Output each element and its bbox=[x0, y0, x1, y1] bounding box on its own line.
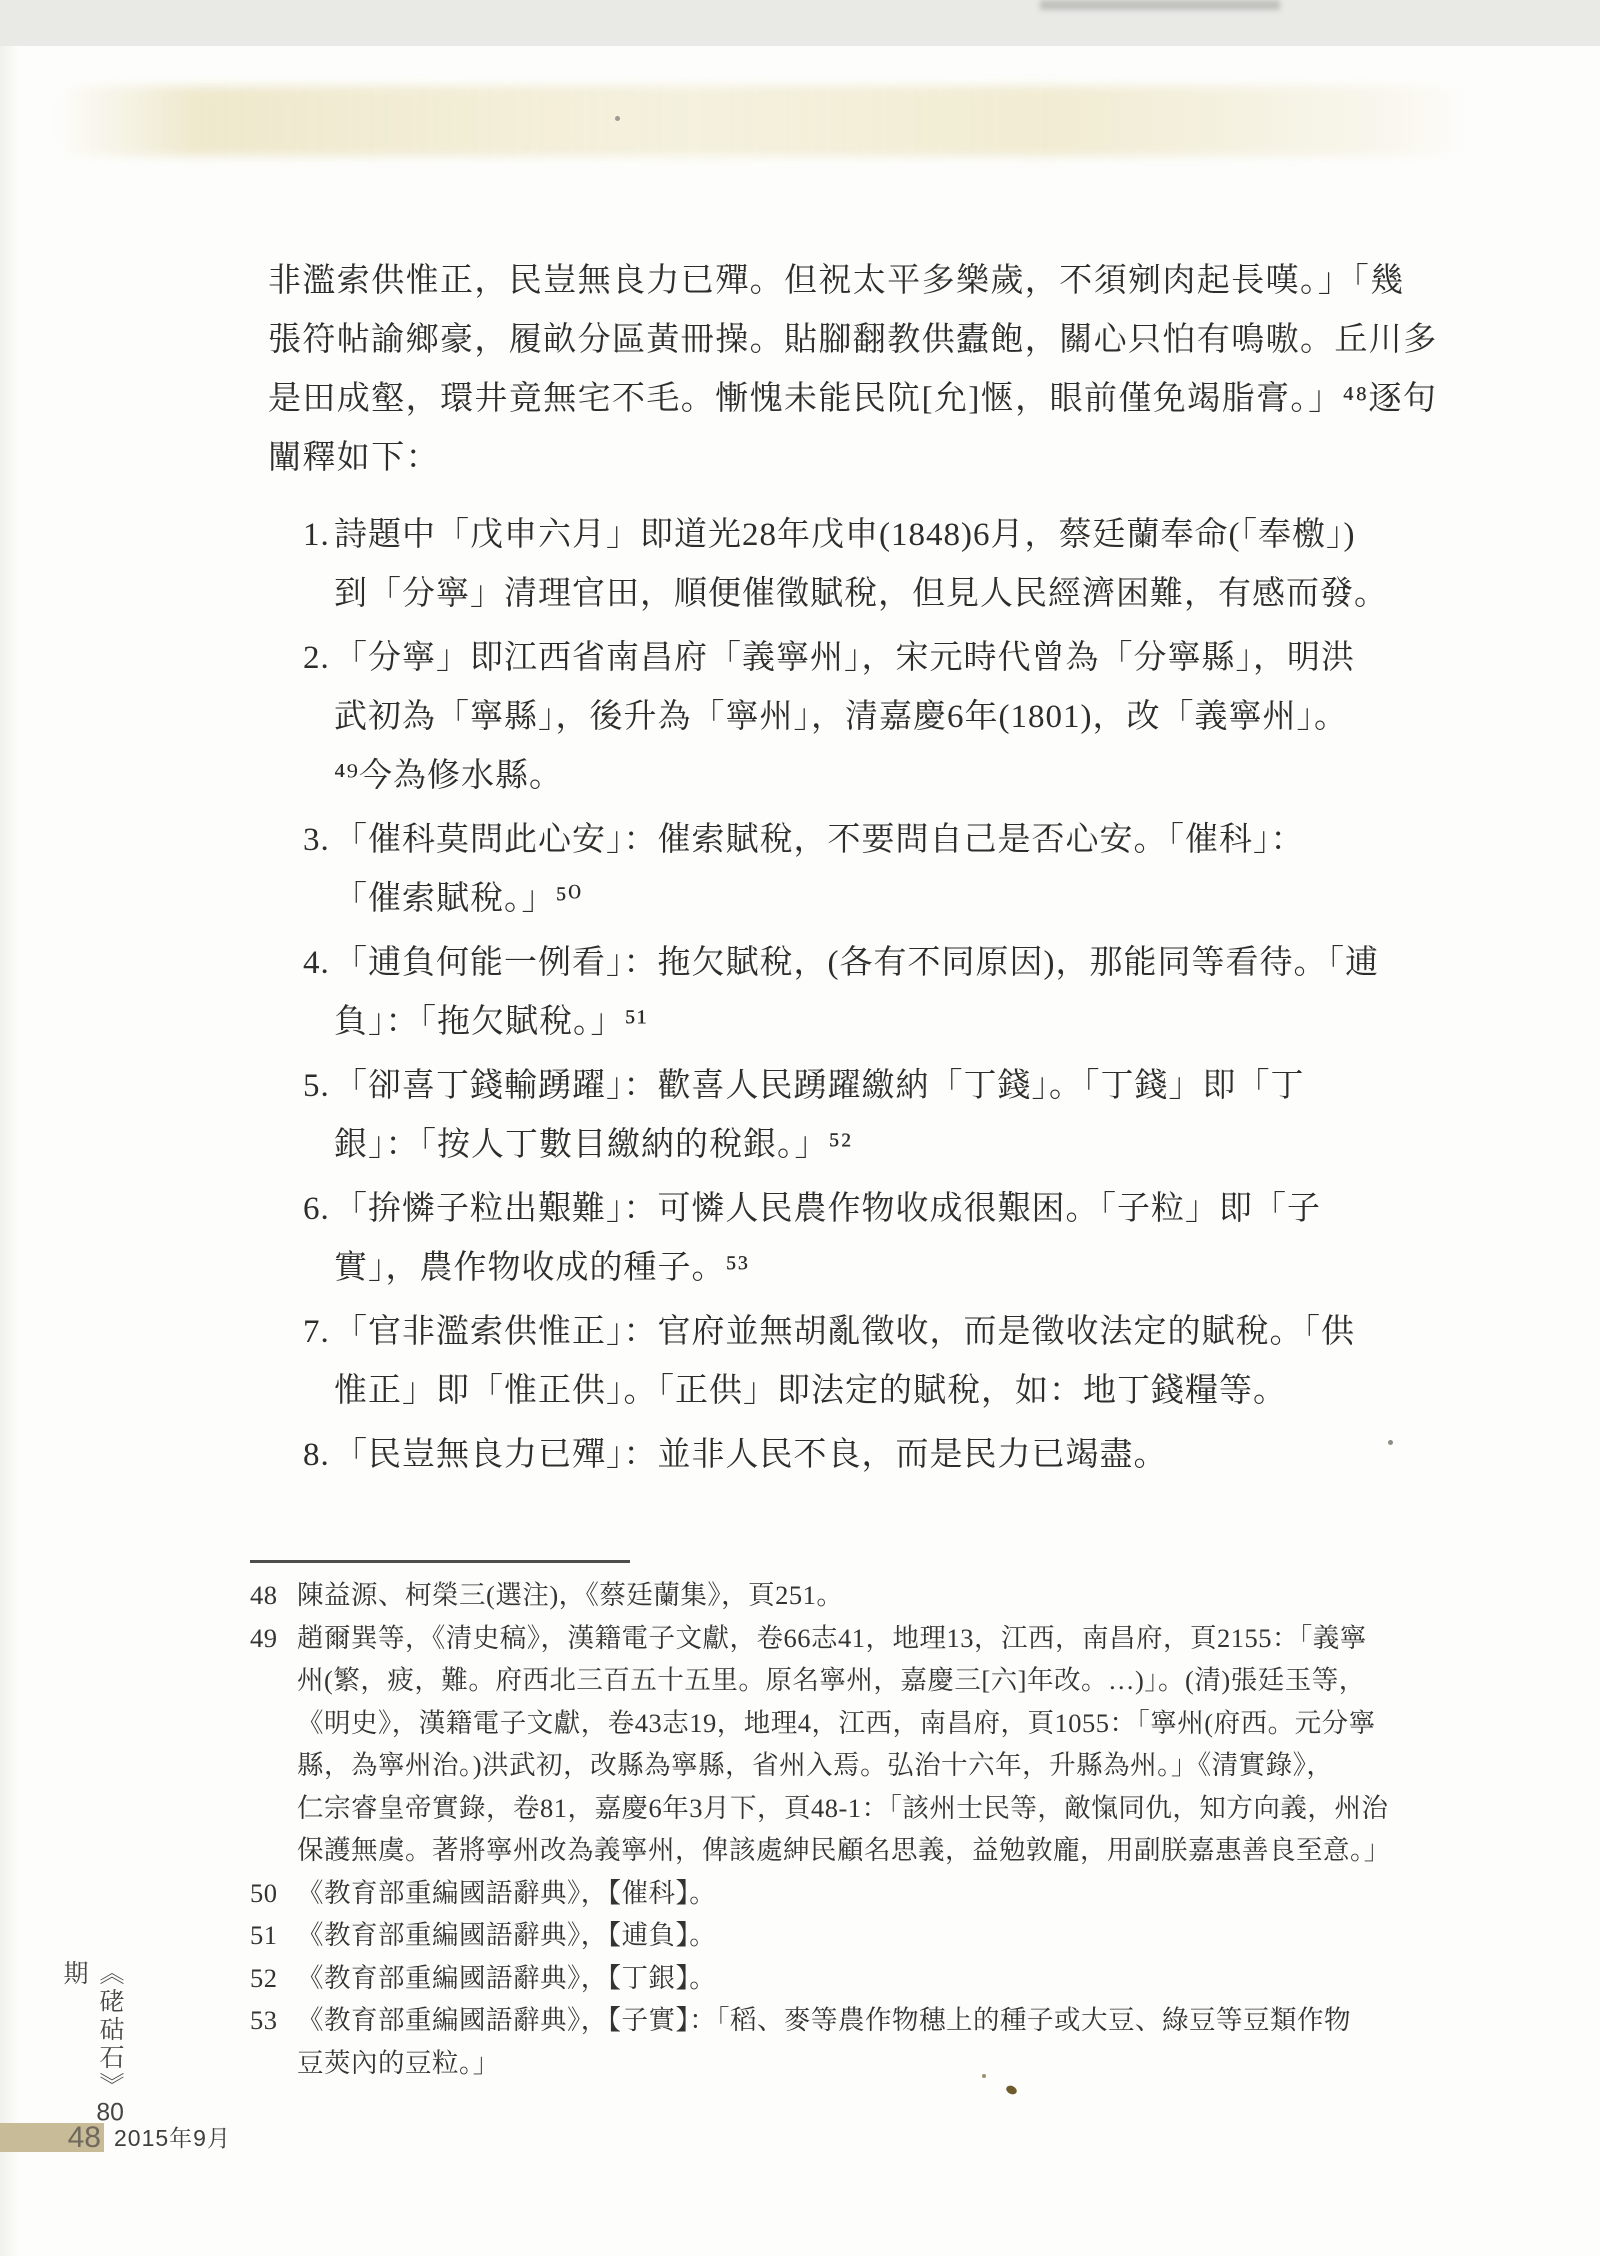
journal-name: 《硓𥑮石》 bbox=[96, 1960, 124, 2100]
footnote-text: 趙爾巽等，《清史稿》，漢籍電子文獻，卷66志41，地理13，江西，南昌府，頁21… bbox=[297, 1617, 1540, 1872]
footnote-number: 53 bbox=[250, 1999, 297, 2084]
explanation-item-number: 7. bbox=[303, 1303, 334, 1421]
footnote-text: 陳益源、柯榮三(選注)，《蔡廷蘭集》，頁251。 bbox=[297, 1574, 1540, 1617]
text-line: 陳益源、柯榮三(選注)，《蔡廷蘭集》，頁251。 bbox=[297, 1574, 1540, 1617]
scan-smudge-mark bbox=[1040, 0, 1280, 10]
explanation-item-number: 3. bbox=[303, 811, 334, 929]
explanation-item-text: 「民豈無良力已殫」：並非人民不良，而是民力已竭盡。 bbox=[334, 1426, 1533, 1485]
footnote-number: 51 bbox=[250, 1914, 297, 1957]
explanation-item-text: 「卻喜丁錢輸踴躍」：歡喜人民踴躍繳納「丁錢」。「丁錢」即「丁 銀」：「按人丁數目… bbox=[334, 1057, 1533, 1175]
footnote-text: 《教育部重編國語辭典》，【丁銀】。 bbox=[297, 1957, 1540, 2000]
page-number-bar: 48 bbox=[0, 2123, 104, 2152]
explanation-item: 8. 「民豈無良力已殫」：並非人民不良，而是民力已竭盡。 bbox=[303, 1426, 1533, 1485]
footnote-item: 52 《教育部重編國語辭典》，【丁銀】。 bbox=[250, 1957, 1540, 2000]
text-line: 縣，為寧州治。)洪武初，改縣為寧縣，省州入焉。弘治十六年，升縣為州。」《清實錄》… bbox=[297, 1744, 1540, 1787]
quote-paragraph: 非濫索供惟正，民豈無良力已殫。但祝太平多樂歲，不須剜肉起長嘆。」「幾 張符帖諭鄉… bbox=[268, 252, 1458, 488]
scan-edge-band bbox=[0, 0, 1600, 46]
text-line: 州(繁，疲，難。府西北三百五十五里。原名寧州，嘉慶三[六]年改。…)」。(清)張… bbox=[297, 1659, 1540, 1702]
issue-date: 2015年9月 bbox=[114, 2124, 231, 2153]
text-line: 趙爾巽等，《清史稿》，漢籍電子文獻，卷66志41，地理13，江西，南昌府，頁21… bbox=[297, 1617, 1540, 1660]
explanation-item: 1. 詩題中「戊申六月」即道光28年戊申(1848)6月，蔡廷蘭奉命(「奉檄」)… bbox=[303, 506, 1533, 624]
footnote-item: 50 《教育部重編國語辭典》，【催科】。 bbox=[250, 1872, 1540, 1915]
footnote-item: 49 趙爾巽等，《清史稿》，漢籍電子文獻，卷66志41，地理13，江西，南昌府，… bbox=[250, 1617, 1540, 1872]
footnote-number: 52 bbox=[250, 1957, 297, 2000]
explanation-item-number: 1. bbox=[303, 506, 334, 624]
text-line: 武初為「寧縣」，後升為「寧州」，清嘉慶6年(1801)，改「義寧州」。 bbox=[334, 688, 1533, 747]
scan-speck bbox=[615, 116, 620, 121]
text-line: 《教育部重編國語辭典》，【逋負】。 bbox=[297, 1914, 1540, 1957]
text-line: 銀」：「按人丁數目繳納的稅銀。」⁵² bbox=[334, 1116, 1533, 1175]
explanation-item-text: 「拚憐子粒出艱難」：可憐人民農作物收成很艱困。「子粒」即「子 實」，農作物收成的… bbox=[334, 1180, 1533, 1298]
footnote-text: 《教育部重編國語辭典》，【催科】。 bbox=[297, 1872, 1540, 1915]
text-line: 「逋負何能一例看」：拖欠賦稅，(各有不同原因)，那能同等看待。「逋 bbox=[334, 934, 1533, 993]
footnote-list: 48 陳益源、柯榮三(選注)，《蔡廷蘭集》，頁251。 49 趙爾巽等，《清史稿… bbox=[250, 1574, 1540, 2084]
text-line: 「催科莫問此心安」：催索賦稅，不要問自己是否心安。「催科」： bbox=[334, 811, 1533, 870]
text-line: 「拚憐子粒出艱難」：可憐人民農作物收成很艱困。「子粒」即「子 bbox=[334, 1180, 1533, 1239]
text-line: 豆莢內的豆粒。」 bbox=[297, 2042, 1540, 2085]
text-line: 《教育部重編國語辭典》，【催科】。 bbox=[297, 1872, 1540, 1915]
text-line: 《教育部重編國語辭典》，【子實】：「稻、麥等農作物穗上的種子或大豆、綠豆等豆類作… bbox=[297, 1999, 1540, 2042]
explanation-item-text: 「催科莫問此心安」：催索賦稅，不要問自己是否心安。「催科」： 「催索賦稅。」⁵⁰ bbox=[334, 811, 1533, 929]
text-line: 仁宗睿皇帝實錄，卷81，嘉慶6年3月下，頁48-1：「該州士民等，敵愾同仇，知方… bbox=[297, 1787, 1540, 1830]
text-line: 負」：「拖欠賦稅。」⁵¹ bbox=[334, 993, 1533, 1052]
text-line: 「催索賦稅。」⁵⁰ bbox=[334, 870, 1533, 929]
explanation-item-number: 5. bbox=[303, 1057, 334, 1175]
footnote-item: 48 陳益源、柯榮三(選注)，《蔡廷蘭集》，頁251。 bbox=[250, 1574, 1540, 1617]
footnote-divider bbox=[250, 1560, 630, 1563]
page-number: 48 bbox=[68, 2123, 104, 2152]
explanation-list: 1. 詩題中「戊申六月」即道光28年戊申(1848)6月，蔡廷蘭奉命(「奉檄」)… bbox=[303, 506, 1533, 1490]
quote-line: 張符帖諭鄉豪，履畝分區黃冊操。貼腳翻教供蠹飽，關心只怕有鳴嗷。丘川多 bbox=[268, 311, 1458, 370]
quote-line: 非濫索供惟正，民豈無良力已殫。但祝太平多樂歲，不須剜肉起長嘆。」「幾 bbox=[268, 252, 1458, 311]
footnote-number: 48 bbox=[250, 1574, 297, 1617]
text-line: 實」，農作物收成的種子。⁵³ bbox=[334, 1239, 1533, 1298]
explanation-item: 3. 「催科莫問此心安」：催索賦稅，不要問自己是否心安。「催科」： 「催索賦稅。… bbox=[303, 811, 1533, 929]
explanation-item-number: 8. bbox=[303, 1426, 334, 1485]
explanation-item-text: 詩題中「戊申六月」即道光28年戊申(1848)6月，蔡廷蘭奉命(「奉檄」) 到「… bbox=[334, 506, 1533, 624]
text-line: 「分寧」即江西省南昌府「義寧州」，宋元時代曾為「分寧縣」，明洪 bbox=[334, 629, 1533, 688]
footnote-number: 49 bbox=[250, 1617, 297, 1872]
footnote-number: 50 bbox=[250, 1872, 297, 1915]
explanation-item-text: 「官非濫索供惟正」：官府並無胡亂徵收，而是徵收法定的賦稅。「供 惟正」即「惟正供… bbox=[334, 1303, 1533, 1421]
explanation-item: 5. 「卻喜丁錢輸踴躍」：歡喜人民踴躍繳納「丁錢」。「丁錢」即「丁 銀」：「按人… bbox=[303, 1057, 1533, 1175]
explanation-item-text: 「逋負何能一例看」：拖欠賦稅，(各有不同原因)，那能同等看待。「逋 負」：「拖欠… bbox=[334, 934, 1533, 1052]
footnote-item: 53 《教育部重編國語辭典》，【子實】：「稻、麥等農作物穗上的種子或大豆、綠豆等… bbox=[250, 1999, 1540, 2084]
explanation-item: 7. 「官非濫索供惟正」：官府並無胡亂徵收，而是徵收法定的賦稅。「供 惟正」即「… bbox=[303, 1303, 1533, 1421]
footnote-text: 《教育部重編國語辭典》，【逋負】。 bbox=[297, 1914, 1540, 1957]
text-line: 到「分寧」清理官田，順便催徵賦稅，但見人民經濟困難，有感而發。 bbox=[334, 565, 1533, 624]
explanation-item-number: 6. bbox=[303, 1180, 334, 1298]
text-line: 「卻喜丁錢輸踴躍」：歡喜人民踴躍繳納「丁錢」。「丁錢」即「丁 bbox=[334, 1057, 1533, 1116]
explanation-item: 6. 「拚憐子粒出艱難」：可憐人民農作物收成很艱困。「子粒」即「子 實」，農作物… bbox=[303, 1180, 1533, 1298]
quote-line: 是田成壑，環井竟無宅不毛。慚愧未能民阬[允]愜，眼前僅免竭脂膏。」⁴⁸逐句 bbox=[268, 370, 1458, 429]
text-line: 「民豈無良力已殫」：並非人民不良，而是民力已竭盡。 bbox=[334, 1426, 1533, 1485]
journal-title-vertical: 《硓𥑮石》80期 bbox=[56, 1960, 128, 2135]
explanation-item: 4. 「逋負何能一例看」：拖欠賦稅，(各有不同原因)，那能同等看待。「逋 負」：… bbox=[303, 934, 1533, 1052]
explanation-item-text: 「分寧」即江西省南昌府「義寧州」，宋元時代曾為「分寧縣」，明洪 武初為「寧縣」，… bbox=[334, 629, 1533, 806]
quote-line: 闡釋如下： bbox=[268, 429, 1458, 488]
footnote-item: 51 《教育部重編國語辭典》，【逋負】。 bbox=[250, 1914, 1540, 1957]
explanation-item-number: 4. bbox=[303, 934, 334, 1052]
explanation-item: 2. 「分寧」即江西省南昌府「義寧州」，宋元時代曾為「分寧縣」，明洪 武初為「寧… bbox=[303, 629, 1533, 806]
scanned-document-page: 非濫索供惟正，民豈無良力已殫。但祝太平多樂歲，不須剜肉起長嘆。」「幾 張符帖諭鄉… bbox=[0, 0, 1600, 2256]
footnote-text: 《教育部重編國語辭典》，【子實】：「稻、麥等農作物穗上的種子或大豆、綠豆等豆類作… bbox=[297, 1999, 1540, 2084]
text-line: 惟正」即「惟正供」。「正供」即法定的賦稅，如：地丁錢糧等。 bbox=[334, 1362, 1533, 1421]
journal-issue-label: 期 bbox=[60, 1960, 88, 1988]
text-line: 詩題中「戊申六月」即道光28年戊申(1848)6月，蔡廷蘭奉命(「奉檄」) bbox=[334, 506, 1533, 565]
ink-bleed-smudge bbox=[55, 86, 1475, 156]
text-line: 《教育部重編國語辭典》，【丁銀】。 bbox=[297, 1957, 1540, 2000]
text-line: 保護無虞。著將寧州改為義寧州，俾該處紳民顧名思義，益勉敦龐，用副朕嘉惠善良至意。… bbox=[297, 1829, 1540, 1872]
text-line: ⁴⁹今為修水縣。 bbox=[334, 747, 1533, 806]
text-line: 《明史》，漢籍電子文獻，卷43志19，地理4，江西，南昌府，頁1055：「寧州(… bbox=[297, 1702, 1540, 1745]
scan-speck bbox=[1005, 2084, 1018, 2096]
explanation-item-number: 2. bbox=[303, 629, 334, 806]
text-line: 「官非濫索供惟正」：官府並無胡亂徵收，而是徵收法定的賦稅。「供 bbox=[334, 1303, 1533, 1362]
